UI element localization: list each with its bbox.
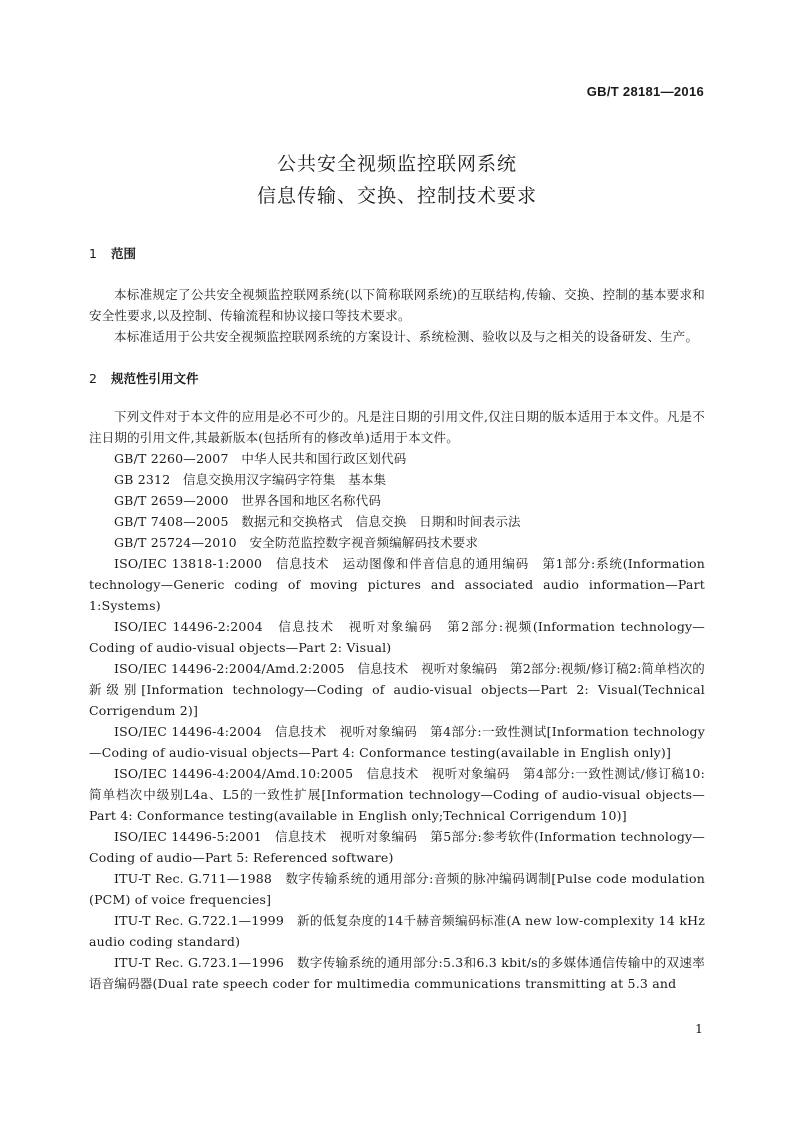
scope-paragraph-1: 本标准规定了公共安全视频监控联网系统(以下简称联网系统)的互联结构,传输、交换、… <box>89 284 705 326</box>
reference-item: GB/T 2260—2007 中华人民共和国行政区划代码 <box>89 448 705 469</box>
page-number: 1 <box>695 1021 703 1036</box>
section-heading-normative-references: 2规范性引用文件 <box>89 368 705 389</box>
reference-item: ITU-T Rec. G.711—1988 数字传输系统的通用部分:音频的脉冲编… <box>89 868 705 910</box>
title-line-1: 公共安全视频监控联网系统 <box>0 148 794 180</box>
reference-item: ITU-T Rec. G.722.1—1999 新的低复杂度的14千赫音频编码标… <box>89 910 705 952</box>
title-line-2: 信息传输、交换、控制技术要求 <box>0 180 794 212</box>
reference-item: ISO/IEC 14496-2:2004/Amd.2:2005 信息技术 视听对… <box>89 658 705 721</box>
section-heading-scope: 1范围 <box>89 243 705 264</box>
scope-paragraph-2: 本标准适用于公共安全视频监控联网系统的方案设计、系统检测、验收以及与之相关的设备… <box>89 326 705 347</box>
section-number: 2 <box>89 368 111 389</box>
reference-item: ISO/IEC 13818-1:2000 信息技术 运动图像和伴音信息的通用编码… <box>89 553 705 616</box>
reference-item: GB 2312 信息交换用汉字编码字符集 基本集 <box>89 469 705 490</box>
section-title: 规范性引用文件 <box>111 371 199 386</box>
reference-item: GB/T 25724—2010 安全防范监控数字视音频编解码技术要求 <box>89 532 705 553</box>
reference-item: GB/T 2659—2000 世界各国和地区名称代码 <box>89 490 705 511</box>
reference-item: ISO/IEC 14496-4:2004 信息技术 视听对象编码 第4部分:一致… <box>89 721 705 763</box>
references-intro: 下列文件对于本文件的应用是必不可少的。凡是注日期的引用文件,仅注日期的版本适用于… <box>89 406 705 448</box>
reference-item: ISO/IEC 14496-5:2001 信息技术 视听对象编码 第5部分:参考… <box>89 826 705 868</box>
document-body: 1范围 本标准规定了公共安全视频监控联网系统(以下简称联网系统)的互联结构,传输… <box>89 243 705 994</box>
section-title: 范围 <box>111 246 136 261</box>
standard-code: GB/T 28181—2016 <box>587 84 704 99</box>
section-number: 1 <box>89 243 111 264</box>
reference-item: ITU-T Rec. G.723.1—1996 数字传输系统的通用部分:5.3和… <box>89 952 705 994</box>
document-title: 公共安全视频监控联网系统 信息传输、交换、控制技术要求 <box>0 148 794 212</box>
reference-item: ISO/IEC 14496-2:2004 信息技术 视听对象编码 第2部分:视频… <box>89 616 705 658</box>
reference-item: GB/T 7408—2005 数据元和交换格式 信息交换 日期和时间表示法 <box>89 511 705 532</box>
reference-item: ISO/IEC 14496-4:2004/Amd.10:2005 信息技术 视听… <box>89 763 705 826</box>
